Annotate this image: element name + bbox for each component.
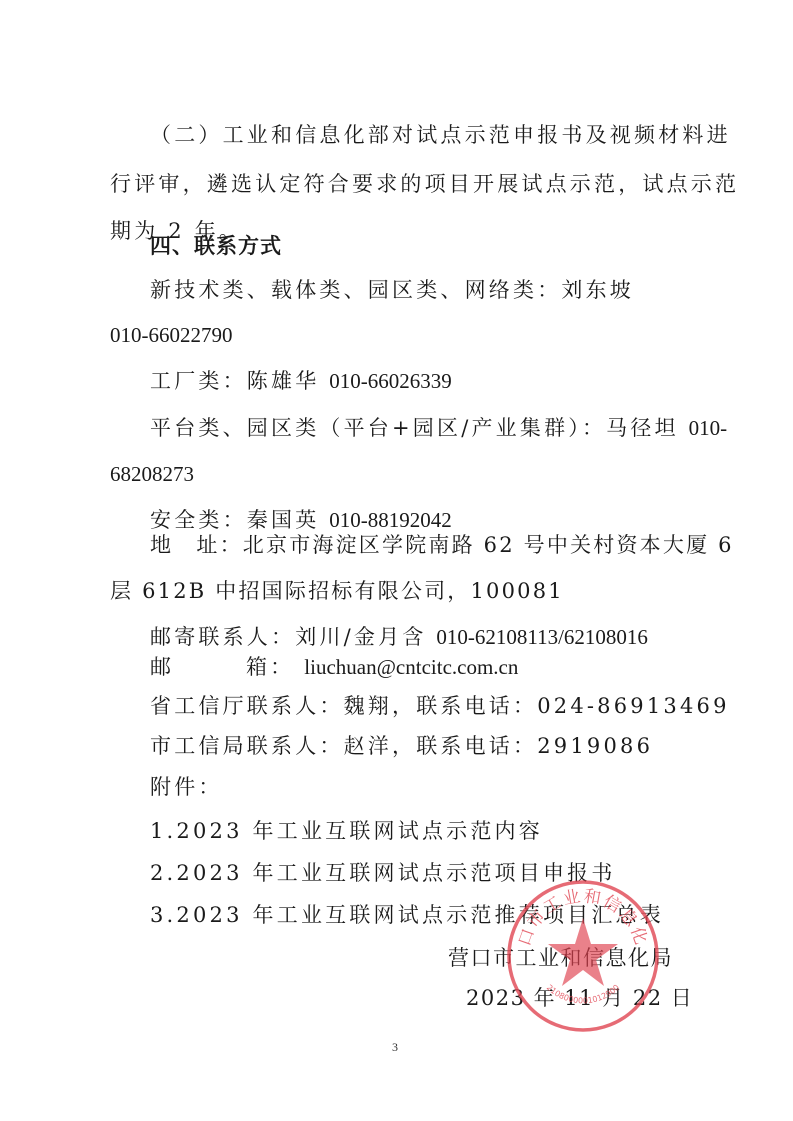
address-line-1: 地 址：北京市海淀区学院南路 62 号中关村资本大厦 6 <box>150 532 734 558</box>
contact-security-label: 安全类：秦国英 <box>150 508 319 532</box>
section-heading: 四、联系方式 <box>150 233 282 259</box>
contact-factory-phone: 010-66026339 <box>329 369 452 393</box>
contact-platform-label: 平台类、园区类（平台+园区/产业集群）：马径坦 <box>150 416 679 440</box>
mail-contact-label: 邮寄联系人：刘川/金月含 <box>150 625 426 649</box>
attachments-label: 附件： <box>150 774 223 800</box>
email-row: 邮 箱： liuchuan@cntcitc.com.cn <box>150 654 518 680</box>
municipal-contact: 市工信局联系人：赵洋，联系电话：2919086 <box>150 733 653 759</box>
mail-contact-phone: 010-62108113/62108016 <box>436 625 648 649</box>
contact-new-tech-label: 新技术类、载体类、园区类、网络类：刘东坡 <box>150 277 634 303</box>
document-page: （二）工业和信息化部对试点示范申报书及视频材料进 行评审，遴选认定符合要求的项目… <box>0 0 793 1121</box>
address-line-2: 层 612B 中招国际招标有限公司，100081 <box>110 578 564 604</box>
contact-factory: 工厂类：陈雄华 010-66026339 <box>150 368 452 394</box>
email-value[interactable]: liuchuan@cntcitc.com.cn <box>304 655 518 679</box>
svg-text:2108000001012900: 2108000001012900 <box>545 983 621 1005</box>
email-label-left: 邮 <box>150 655 174 679</box>
provincial-contact: 省工信厅联系人：魏翔，联系电话：024-86913469 <box>150 693 730 719</box>
contact-security: 安全类：秦国英 010-88192042 <box>150 507 452 533</box>
contact-platform: 平台类、园区类（平台+园区/产业集群）：马径坦 010- <box>150 415 727 441</box>
paragraph-2-line-2: 行评审，遴选认定符合要求的项目开展试点示范，试点示范 <box>110 171 739 197</box>
contact-factory-label: 工厂类：陈雄华 <box>150 369 319 393</box>
attachment-item-1: 1.2023 年工业互联网试点示范内容 <box>150 818 543 844</box>
email-label-right: 箱： <box>246 655 294 679</box>
page-number: 3 <box>392 1040 398 1055</box>
contact-platform-phone-part2: 68208273 <box>110 461 194 487</box>
contact-platform-phone-part1: 010- <box>689 416 728 440</box>
contact-security-phone: 010-88192042 <box>329 508 452 532</box>
mail-contact: 邮寄联系人：刘川/金月含 010-62108113/62108016 <box>150 624 648 650</box>
contact-new-tech-phone: 010-66022790 <box>110 322 233 348</box>
paragraph-2-line-1: （二）工业和信息化部对试点示范申报书及视频材料进 <box>150 122 731 148</box>
official-seal-icon: 营口市工业和信息化局 2108000001012900 <box>505 878 661 1034</box>
